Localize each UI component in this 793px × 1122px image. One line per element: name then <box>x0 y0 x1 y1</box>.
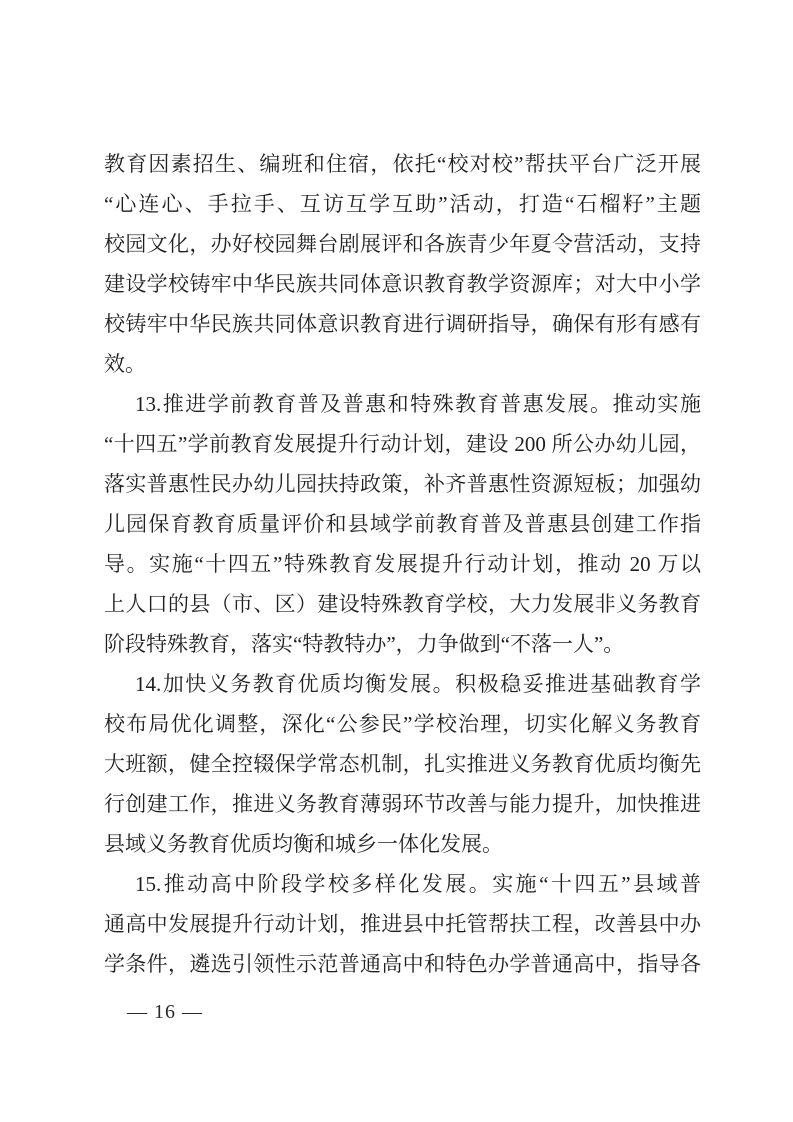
paragraph-item-15: 15.推动高中阶段学校多样化发展。实施“十四五”县域普通高中发展提升行动计划，推… <box>104 864 701 984</box>
text-line: 导。实施“十四五”特殊教育发展提升行动计划，推动 20 万以 <box>104 544 701 584</box>
paragraph-item-13: 13.推进学前教育普及普惠和特殊教育普惠发展。推动实施“十四五”学前教育发展提升… <box>104 384 701 664</box>
text-line: 效。 <box>104 344 701 384</box>
text-line: 校铸牢中华民族共同体意识教育进行调研指导，确保有形有感有 <box>104 304 701 344</box>
text-line: 建设学校铸牢中华民族共同体意识教育教学资源库；对大中小学 <box>104 264 701 304</box>
document-page: 教育因素招生、编班和住宿，依托“校对校”帮扶平台广泛开展“心连心、手拉手、互访互… <box>0 0 793 1122</box>
page-number: — 16 — <box>127 1000 203 1024</box>
text-line: “十四五”学前教育发展提升行动计划，建设 200 所公办幼儿园， <box>104 424 701 464</box>
paragraph-continuation: 教育因素招生、编班和住宿，依托“校对校”帮扶平台广泛开展“心连心、手拉手、互访互… <box>104 144 701 384</box>
text-line: 阶段特殊教育，落实“特教特办”，力争做到“不落一人”。 <box>104 624 701 664</box>
text-block: 教育因素招生、编班和住宿，依托“校对校”帮扶平台广泛开展“心连心、手拉手、互访互… <box>104 144 701 984</box>
text-line: 上人口的县（市、区）建设特殊教育学校，大力发展非义务教育 <box>104 584 701 624</box>
text-line: 校布局优化调整，深化“公参民”学校治理，切实化解义务教育 <box>104 704 701 744</box>
text-line: 15.推动高中阶段学校多样化发展。实施“十四五”县域普 <box>104 864 701 904</box>
text-line: 行创建工作，推进义务教育薄弱环节改善与能力提升，加快推进 <box>104 784 701 824</box>
text-line: 学条件，遴选引领性示范普通高中和特色办学普通高中，指导各 <box>104 944 701 984</box>
text-line: 大班额，健全控辍保学常态机制，扎实推进义务教育优质均衡先 <box>104 744 701 784</box>
text-line: 校园文化，办好校园舞台剧展评和各族青少年夏令营活动，支持 <box>104 224 701 264</box>
text-line: “心连心、手拉手、互访互学互助”活动，打造“石榴籽”主题 <box>104 184 701 224</box>
text-line: 县域义务教育优质均衡和城乡一体化发展。 <box>104 824 701 864</box>
paragraph-item-14: 14.加快义务教育优质均衡发展。积极稳妥推进基础教育学校布局优化调整，深化“公参… <box>104 664 701 864</box>
text-line: 教育因素招生、编班和住宿，依托“校对校”帮扶平台广泛开展 <box>104 144 701 184</box>
text-line: 落实普惠性民办幼儿园扶持政策，补齐普惠性资源短板；加强幼 <box>104 464 701 504</box>
text-line: 儿园保育教育质量评价和县域学前教育普及普惠县创建工作指 <box>104 504 701 544</box>
text-line: 通高中发展提升行动计划，推进县中托管帮扶工程，改善县中办 <box>104 904 701 944</box>
text-line: 13.推进学前教育普及普惠和特殊教育普惠发展。推动实施 <box>104 384 701 424</box>
text-line: 14.加快义务教育优质均衡发展。积极稳妥推进基础教育学 <box>104 664 701 704</box>
